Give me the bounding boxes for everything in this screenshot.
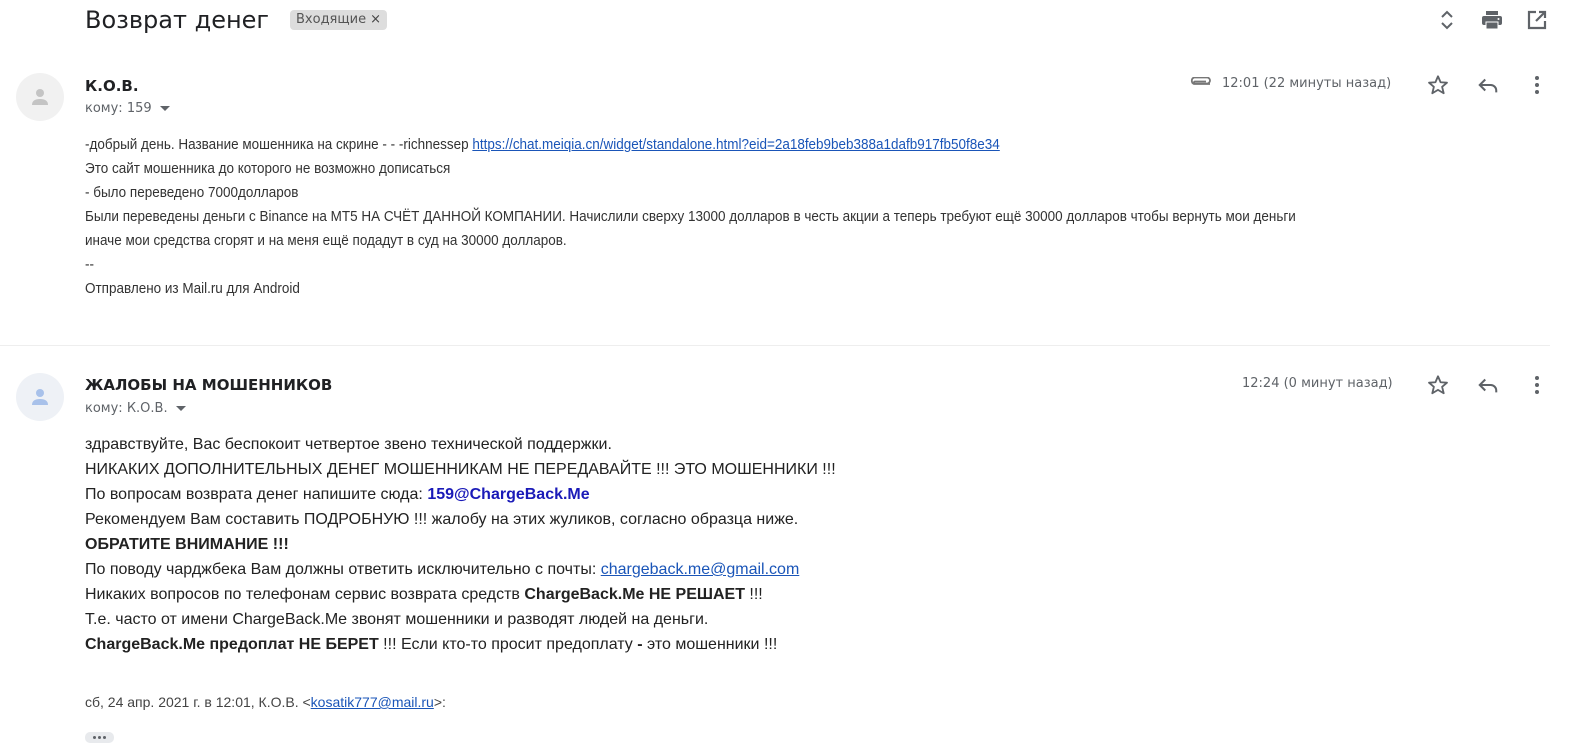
body-text: !!!	[745, 586, 763, 603]
message-time: 12:24 (0 минут назад)	[1242, 376, 1393, 391]
body-line: Рекомендуем Вам составить ПОДРОБНУЮ !!! …	[85, 507, 836, 532]
body-line: По вопросам возврата денег напишите сюда…	[85, 482, 836, 507]
sender-name[interactable]: ЖАЛОБЫ НА МОШЕННИКОВ	[85, 376, 332, 394]
show-trimmed-content-button[interactable]	[85, 732, 114, 743]
quoted-header: сб, 24 апр. 2021 г. в 12:01, К.О.В. <kos…	[85, 694, 446, 710]
chargeback-email-link[interactable]: chargeback.me@gmail.com	[601, 561, 800, 578]
body-line: Были переведены деньги с Binance на МТ5 …	[85, 205, 1554, 229]
quoted-header-text: сб, 24 апр. 2021 г. в 12:01, К.О.В. <	[85, 694, 311, 710]
more-options-icon[interactable]	[1525, 373, 1549, 397]
body-text-bold: ChargeBack.Me предоплат НЕ БЕРЕТ	[85, 636, 379, 653]
fraud-site-link[interactable]: https://chat.meiqia.cn/widget/standalone…	[472, 137, 999, 153]
label-chip-inbox[interactable]: Входящие×	[290, 10, 387, 30]
body-text: Никаких вопросов по телефонам сервис воз…	[85, 586, 524, 603]
body-line: здравствуйте, Вас беспокоит четвертое зв…	[85, 432, 836, 457]
person-icon	[30, 387, 50, 407]
body-line-warning: ОБРАТИТЕ ВНИМАНИЕ !!!	[85, 532, 836, 557]
chevron-down-icon	[176, 406, 186, 411]
remove-label-icon[interactable]: ×	[370, 12, 381, 27]
message-body: -добрый день. Название мошенника на скри…	[85, 133, 1554, 301]
recipients-text: кому: К.О.В.	[85, 401, 168, 416]
body-text: По вопросам возврата денег напишите сюда…	[85, 486, 427, 503]
thread-header: Возврат денег Входящие×	[0, 0, 1573, 44]
avatar	[16, 73, 64, 121]
body-line: -добрый день. Название мошенника на скри…	[85, 133, 1554, 157]
message-body: здравствуйте, Вас беспокоит четвертое зв…	[85, 432, 836, 657]
print-icon[interactable]	[1480, 8, 1504, 32]
person-icon	[30, 87, 50, 107]
body-line: По поводу чарджбека Вам должны ответить …	[85, 557, 836, 582]
body-line: иначе мои средства сгорят и на меня ещё …	[85, 229, 1554, 253]
body-line: Никаких вопросов по телефонам сервис воз…	[85, 582, 836, 607]
open-new-window-icon[interactable]	[1525, 8, 1549, 32]
quoted-header-text: >:	[434, 694, 446, 710]
more-options-icon[interactable]	[1525, 73, 1549, 97]
thread-subject: Возврат денег	[85, 6, 269, 34]
quoted-sender-email-link[interactable]: kosatik777@mail.ru	[311, 694, 434, 710]
message-divider	[0, 345, 1550, 346]
dot	[93, 736, 96, 739]
dot	[98, 736, 101, 739]
support-email-link[interactable]: 159@ChargeBack.Me	[427, 486, 589, 503]
avatar	[16, 373, 64, 421]
body-line: Это сайт мошенника до которого не возмож…	[85, 157, 1554, 181]
body-text: !!! Если кто-то просит предоплату	[379, 636, 638, 653]
signature: Отправлено из Mail.ru для Android	[85, 277, 1554, 301]
recipients-toggle[interactable]: кому: 159	[85, 101, 170, 116]
body-text-bold: ChargeBack.Me НЕ РЕШАЕТ	[524, 586, 745, 603]
chevron-down-icon	[160, 106, 170, 111]
body-line: - было переведено 7000долларов	[85, 181, 1554, 205]
star-icon[interactable]	[1426, 73, 1450, 97]
expand-collapse-icon[interactable]	[1435, 8, 1459, 32]
star-icon[interactable]	[1426, 373, 1450, 397]
reply-icon[interactable]	[1476, 73, 1500, 97]
signature-separator: --	[85, 253, 1554, 277]
body-line: Т.е. часто от имени ChargeBack.Me звонят…	[85, 607, 836, 632]
body-text: это мошенники !!!	[643, 636, 778, 653]
body-line: НИКАКИХ ДОПОЛНИТЕЛЬНЫХ ДЕНЕГ МОШЕННИКАМ …	[85, 457, 836, 482]
label-chip-text: Входящие	[296, 12, 366, 27]
recipients-toggle[interactable]: кому: К.О.В.	[85, 401, 186, 416]
message-time: 12:01 (22 минуты назад)	[1222, 76, 1391, 91]
message-meta: 12:01 (22 минуты назад)	[1188, 76, 1391, 91]
dot	[103, 736, 106, 739]
sender-name[interactable]: К.О.В.	[85, 77, 139, 95]
recipients-text: кому: 159	[85, 101, 152, 116]
message-meta: 12:24 (0 минут назад)	[1242, 376, 1393, 391]
attachment-icon	[1188, 77, 1212, 91]
body-text: По поводу чарджбека Вам должны ответить …	[85, 561, 601, 578]
body-line: ChargeBack.Me предоплат НЕ БЕРЕТ !!! Есл…	[85, 632, 836, 657]
body-text: -добрый день. Название мошенника на скри…	[85, 137, 472, 153]
reply-icon[interactable]	[1476, 373, 1500, 397]
